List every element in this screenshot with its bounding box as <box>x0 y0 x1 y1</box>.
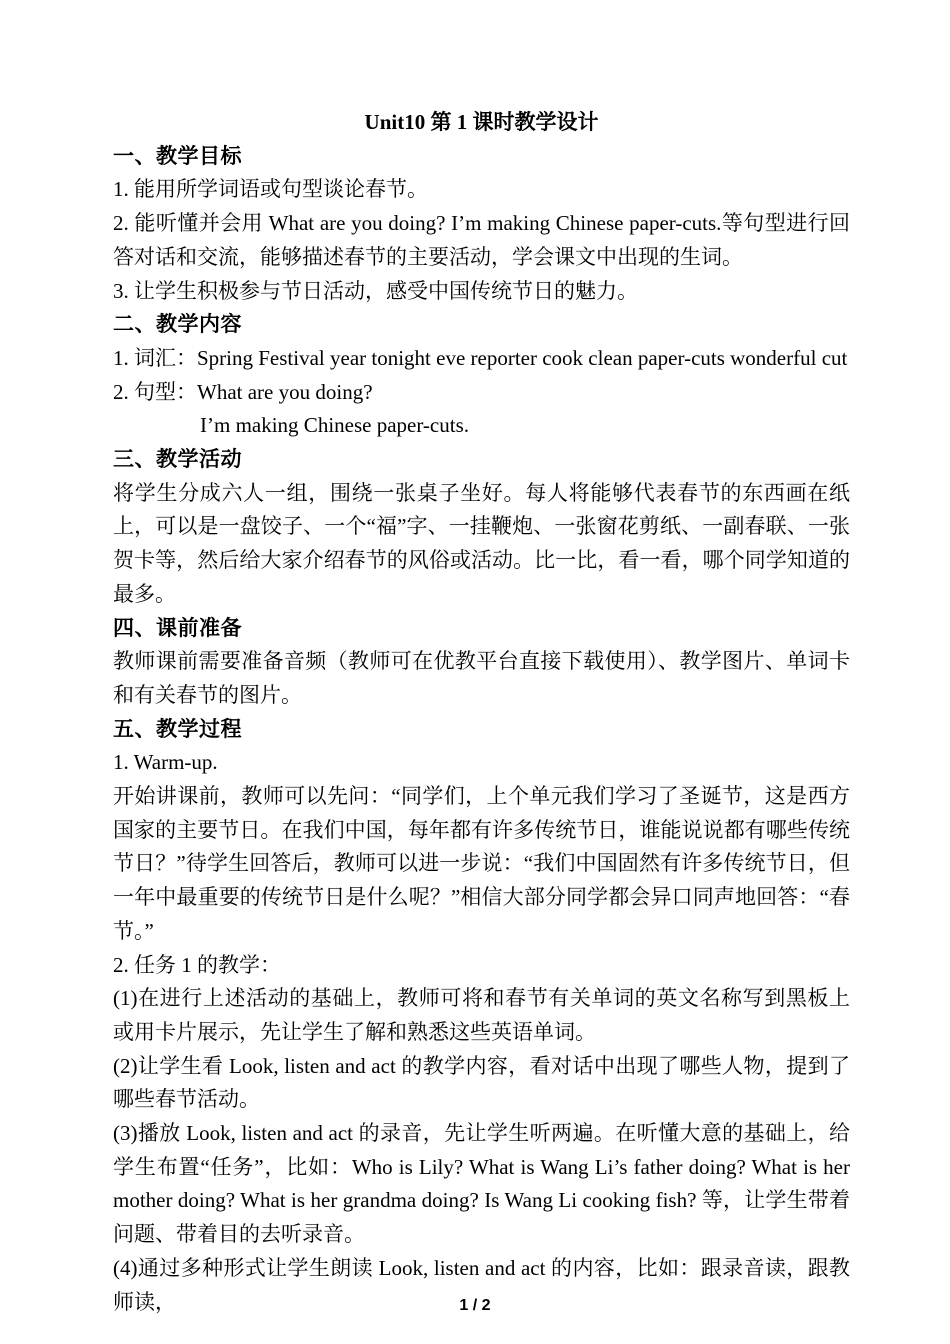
paragraph: 1. 词汇：Spring Festival year tonight eve r… <box>113 342 850 376</box>
page-number: 1 / 2 <box>0 1297 950 1315</box>
paragraph: 教师课前需要准备音频（教师可在优教平台直接下载使用）、教学图片、单词卡和有关春节… <box>113 645 850 712</box>
section-heading: 三、教学活动 <box>113 443 850 477</box>
paragraph: (1)在进行上述活动的基础上，教师可将和春节有关单词的英文名称写到黑板上或用卡片… <box>113 982 850 1049</box>
document-page: Unit10 第 1 课时教学设计 一、教学目标1. 能用所学词语或句型谈论春节… <box>0 0 950 1344</box>
paragraph: 将学生分成六人一组，围绕一张桌子坐好。每人将能够代表春节的东西画在纸上，可以是一… <box>113 477 850 612</box>
paragraph: 开始讲课前，教师可以先问：“同学们，上个单元我们学习了圣诞节，这是西方国家的主要… <box>113 780 850 949</box>
paragraph: 2. 句型：What are you doing? <box>113 376 850 410</box>
paragraph: 2. 能听懂并会用 What are you doing? I’m making… <box>113 207 850 274</box>
section-heading: 二、教学内容 <box>113 308 850 342</box>
section-heading: 四、课前准备 <box>113 612 850 646</box>
section-heading: 一、教学目标 <box>113 140 850 174</box>
document-title: Unit10 第 1 课时教学设计 <box>113 106 850 140</box>
paragraph: 2. 任务 1 的教学： <box>113 949 850 983</box>
paragraph: 1. 能用所学词语或句型谈论春节。 <box>113 173 850 207</box>
document-body: 一、教学目标1. 能用所学词语或句型谈论春节。2. 能听懂并会用 What ar… <box>113 140 850 1320</box>
paragraph: 1. Warm-up. <box>113 746 850 780</box>
paragraph: (2)让学生看 Look, listen and act 的教学内容，看对话中出… <box>113 1050 850 1117</box>
paragraph: I’m making Chinese paper-cuts. <box>113 409 850 443</box>
paragraph: 3. 让学生积极参与节日活动，感受中国传统节日的魅力。 <box>113 275 850 309</box>
section-heading: 五、教学过程 <box>113 713 850 747</box>
paragraph: (3)播放 Look, listen and act 的录音，先让学生听两遍。在… <box>113 1117 850 1252</box>
